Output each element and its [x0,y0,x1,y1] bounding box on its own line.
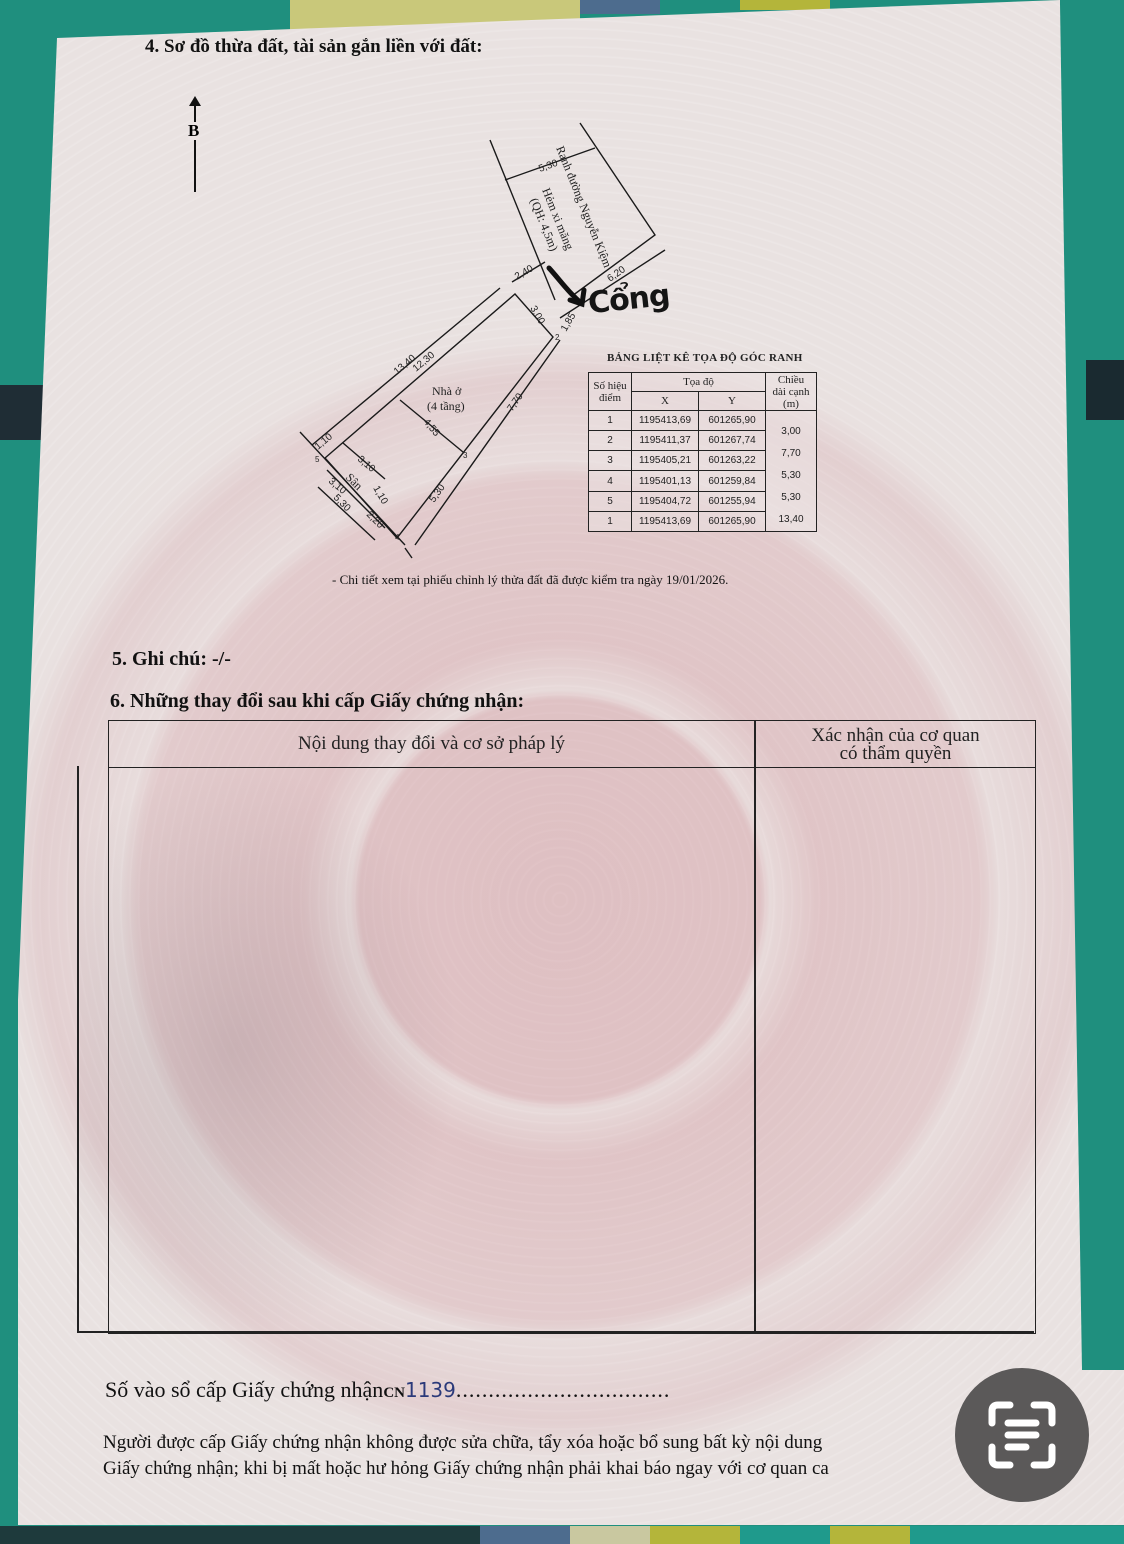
cell-x: 1195413,69 [632,511,699,531]
cell-x: 1195413,69 [632,411,699,431]
svg-text:3: 3 [463,451,468,460]
text-scan-button[interactable] [955,1368,1089,1502]
column-divider [754,721,756,1333]
road-label: Ranh đường Nguyễn Kiệm [553,144,615,270]
cell-x: 1195401,13 [632,471,699,491]
edge-length: 5,30 [770,487,812,509]
cell-y: 601255,94 [699,491,766,511]
table-row: 1 1195413,69 601265,90 3,00 7,70 5,30 5,… [589,411,817,431]
svg-text:12,30: 12,30 [411,350,438,375]
cell-y: 601265,90 [699,411,766,431]
cell-point: 4 [589,471,632,491]
house-floors: (4 tầng) [427,399,465,413]
text-scan-icon [982,1395,1062,1475]
cell-point: 3 [589,451,632,471]
registration-prefix: CN [383,1385,405,1401]
svg-text:3,10: 3,10 [355,454,377,475]
svg-text:5: 5 [315,455,320,464]
cell-x: 1195404,72 [632,491,699,511]
coord-table: Số hiệu điểm Tọa độ Chiều dài cạnh (m) X… [588,372,817,532]
edge-lengths: 3,00 7,70 5,30 5,30 13,40 [766,411,817,532]
changes-col2-header: Xác nhận của cơ quan có thẩm quyền [756,727,1035,763]
svg-text:2,20: 2,20 [364,509,386,531]
changes-table-header: Nội dung thay đổi và cơ sở pháp lý Xác n… [109,721,1035,768]
registration-number-line: Số vào sổ cấp Giấy chứng nhậnCN1139.....… [105,1377,670,1403]
changes-table-left-border [77,766,79,1332]
registration-dots: ................................. [456,1377,671,1402]
cell-point: 1 [589,411,632,431]
edge-length: 13,40 [770,509,812,531]
cell-y: 601267,74 [699,431,766,451]
coord-table-title: BẢNG LIỆT KÊ TỌA ĐỘ GÓC RANH [607,352,803,364]
warning-line-1: Người được cấp Giấy chứng nhận không đượ… [103,1430,963,1456]
land-plot-diagram: 5,30 2,40 6,20 3,00 1,85 13,40 12,30 7,7… [0,0,1124,620]
cell-point: 5 [589,491,632,511]
cell-point: 1 [589,511,632,531]
cell-point: 2 [589,431,632,451]
changes-col2-header-line2: có thẩm quyền [756,745,1035,763]
changes-table-bottom-border [77,1331,1034,1333]
svg-text:2,40: 2,40 [513,263,536,282]
svg-text:4,55: 4,55 [421,417,442,439]
changes-table: Nội dung thay đổi và cơ sở pháp lý Xác n… [108,720,1036,1334]
section-6-title: 6. Những thay đổi sau khi cấp Giấy chứng… [110,690,524,713]
warning-line-2: Giấy chứng nhận; khi bị mất hoặc hư hỏng… [103,1456,963,1482]
house-label: Nhà ở [432,384,462,398]
header-x: X [632,392,699,411]
edge-length: 5,30 [770,465,812,487]
edge-length: 3,00 [770,421,812,443]
section-5-notes: 5. Ghi chú: -/- [112,648,231,671]
svg-text:1,10: 1,10 [370,484,389,507]
header-point: Số hiệu điểm [589,373,632,411]
registration-label: Số vào sổ cấp Giấy chứng nhận [105,1377,383,1402]
detail-note: - Chi tiết xem tại phiếu chỉnh lý thửa đ… [332,572,728,588]
svg-text:2: 2 [555,333,560,342]
cell-y: 601259,84 [699,471,766,491]
changes-col1-header: Nội dung thay đổi và cơ sở pháp lý [109,733,754,755]
svg-text:5,30: 5,30 [331,492,353,514]
svg-text:4: 4 [395,533,400,542]
svg-text:1,85: 1,85 [559,311,578,334]
svg-text:1,10: 1,10 [313,431,335,452]
cell-y: 601265,90 [699,511,766,531]
warning-text: Người được cấp Giấy chứng nhận không đượ… [103,1430,963,1482]
header-length: Chiều dài cạnh (m) [766,373,817,411]
registration-number: 1139 [405,1378,456,1402]
cell-y: 601263,22 [699,451,766,471]
dim-alley-width: 5,30 [537,158,559,175]
header-y: Y [699,392,766,411]
svg-text:3,00: 3,00 [527,304,546,327]
cell-x: 1195411,37 [632,431,699,451]
header-coord: Tọa độ [632,373,766,392]
edge-length: 7,70 [770,443,812,465]
svg-text:5,30: 5,30 [427,482,447,505]
cell-x: 1195405,21 [632,451,699,471]
background-fabric-bottom [0,1526,1124,1544]
